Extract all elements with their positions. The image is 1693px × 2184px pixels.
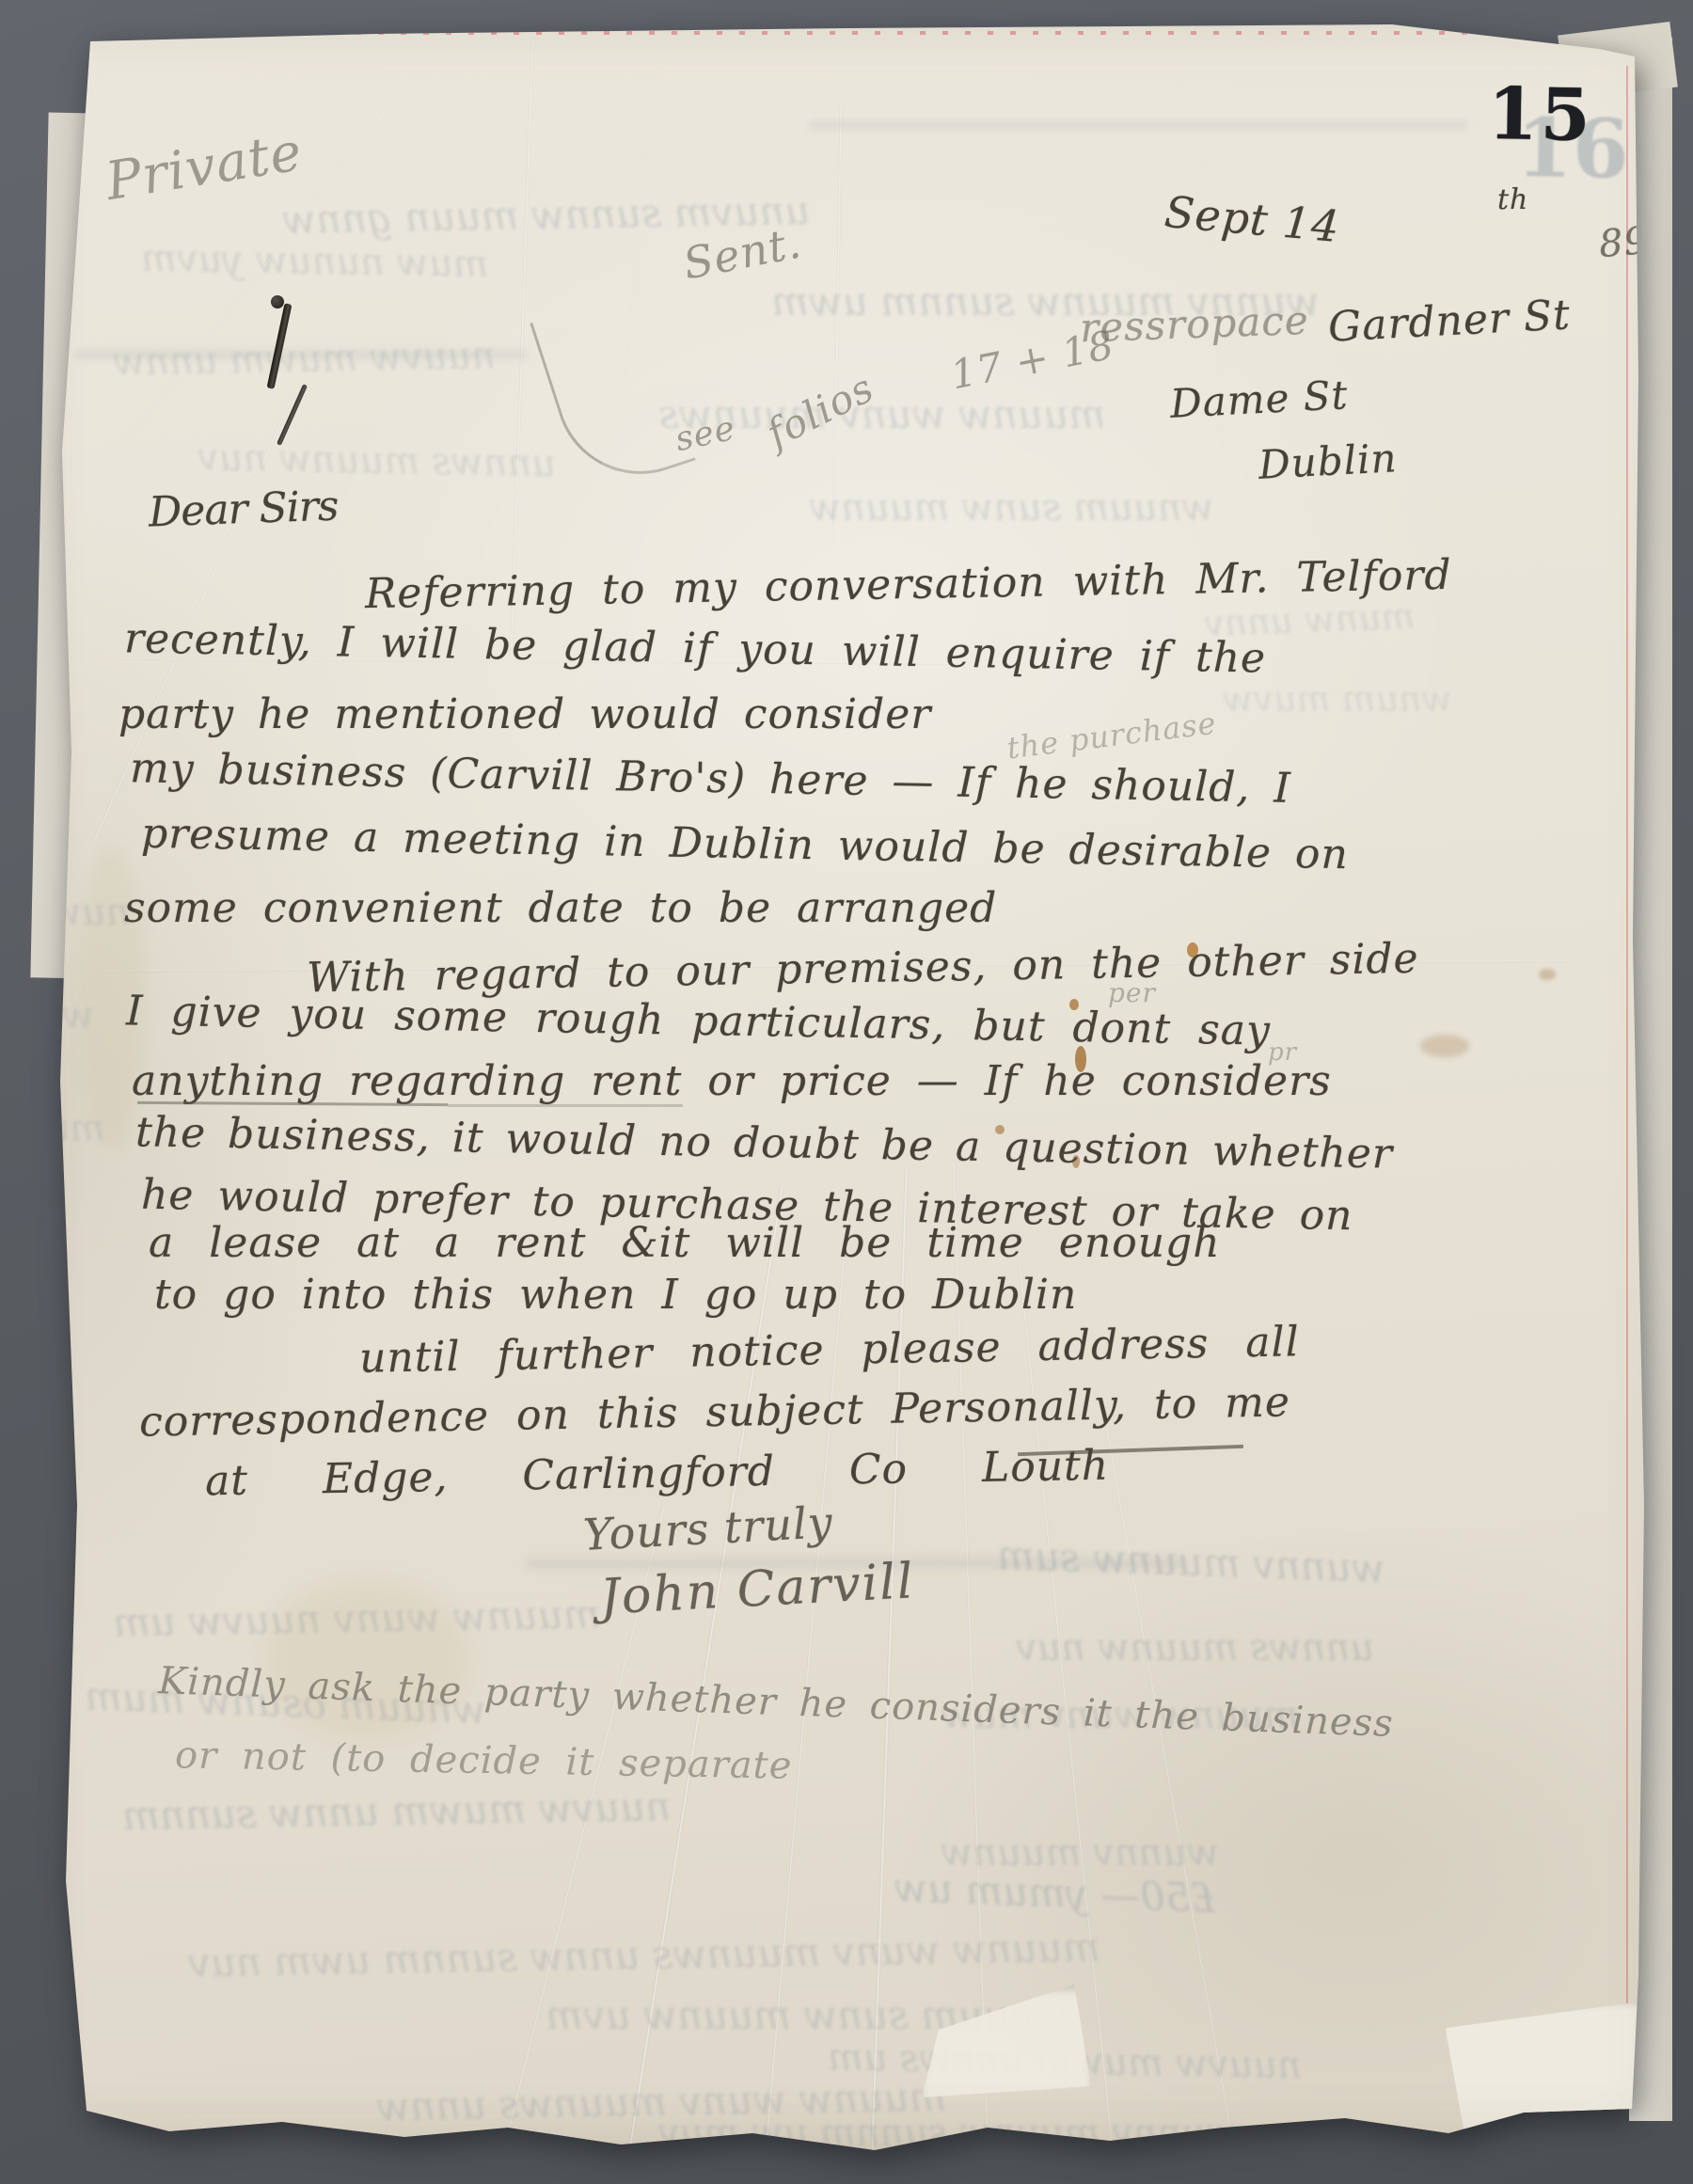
letter-paper: unuvm sunnw muun gnnw muw nunuw yuvm wun…: [0, 0, 1693, 2184]
paper-edge-shading: [0, 0, 1693, 2184]
scanned-letter-page: unuvm sunnw muun gnnw muw nunuw yuvm wun…: [0, 0, 1693, 2184]
pin-head: [271, 295, 284, 309]
